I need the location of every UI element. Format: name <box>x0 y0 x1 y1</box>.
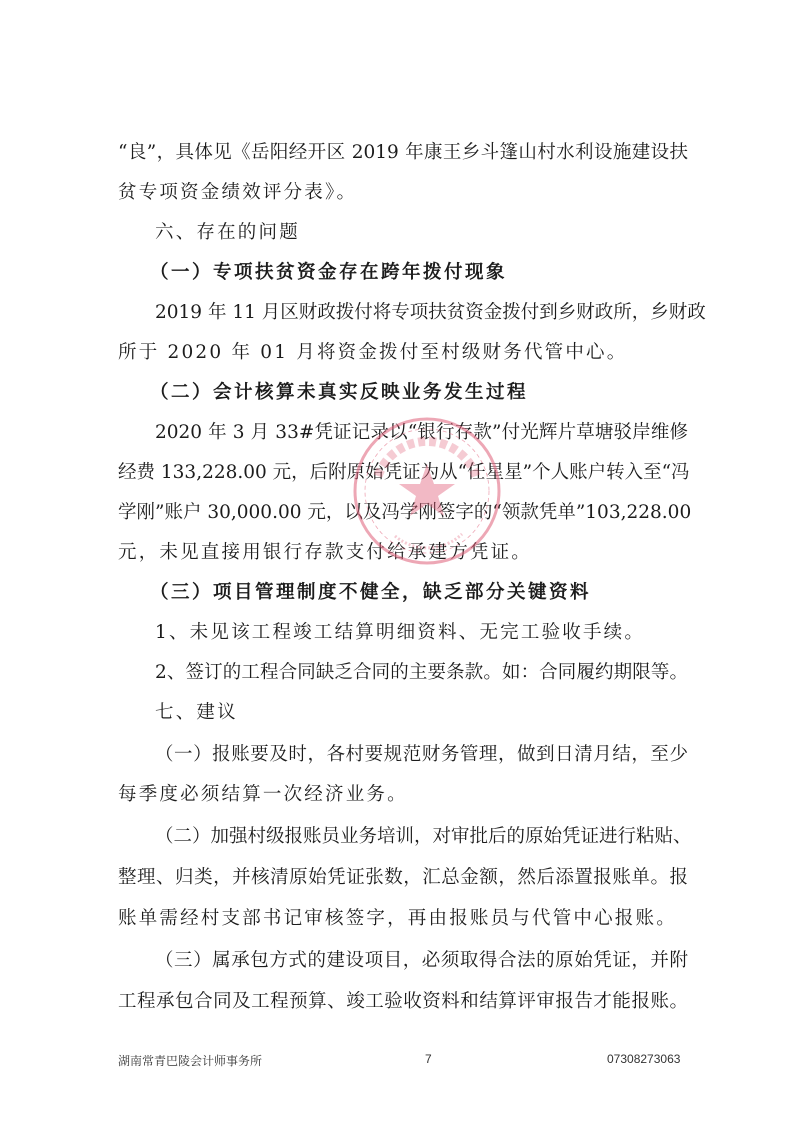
subheading-1: （一）专项扶贫资金存在跨年拨付现象 <box>150 261 720 285</box>
document-page: “良”，具体见《岳阳经开区 2019 年康王乡斗篷山村水利设施建设扶 贫专项资金… <box>0 0 793 1121</box>
footer-page-number: 7 <box>425 1052 432 1066</box>
paragraph-line: 账单需经村支部书记审核签字，再由报账员与代管中心报账。 <box>118 907 688 931</box>
paragraph-line: 所于 2020 年 01 月将资金拨付至村级财务代管中心。 <box>118 341 688 365</box>
paragraph-line: 2020 年 3 月 33#凭证记录以“银行存款”付光辉片草塘驳岸维修 <box>155 421 688 445</box>
footer-phone: 07308273063 <box>607 1052 680 1066</box>
subheading-3: （三）项目管理制度不健全，缺乏部分关键资料 <box>150 581 720 605</box>
paragraph-line: 每季度必须结算一次经济业务。 <box>118 783 688 807</box>
list-item: 2、签订的工程合同缺乏合同的主要条款。如：合同履约期限等。 <box>155 661 688 685</box>
subheading-2: （二）会计核算未真实反映业务发生过程 <box>150 381 720 405</box>
paragraph-line: 学刚”账户 30,000.00 元，以及冯学刚签字的“领款凭单”103,228.… <box>118 501 688 525</box>
paragraph-line: 贫专项资金绩效评分表》。 <box>118 181 688 205</box>
paragraph-line: “良”，具体见《岳阳经开区 2019 年康王乡斗篷山村水利设施建设扶 <box>118 141 688 165</box>
paragraph-line: （二）加强村级报账员业务培训，对审批后的原始凭证进行粘贴、 <box>155 825 688 849</box>
paragraph-line: （三）属承包方式的建设项目，必须取得合法的原始凭证，并附 <box>155 949 688 973</box>
paragraph-line: （一）报账要及时，各村要规范财务管理，做到日清月结，至少 <box>155 743 688 767</box>
paragraph-line: 经费 133,228.00 元，后附原始凭证为从“任星星”个人账户转入至“冯 <box>118 461 688 485</box>
section-heading-problems: 六、存在的问题 <box>155 221 688 245</box>
list-item: 1、未见该工程竣工结算明细资料、无完工验收手续。 <box>155 621 688 645</box>
paragraph-line: 元，未见直接用银行存款支付给承建方凭证。 <box>118 541 688 565</box>
paragraph-line: 2019 年 11 月区财政拨付将专项扶贫资金拨付到乡财政所，乡财政 <box>155 301 688 325</box>
footer-firm-name: 湖南常青巴陵会计师事务所 <box>118 1052 262 1069</box>
section-heading-suggestions: 七、建议 <box>155 701 688 725</box>
paragraph-line: 整理、归类，并核清原始凭证张数，汇总金额，然后添置报账单。报 <box>118 866 688 890</box>
paragraph-line: 工程承包合同及工程预算、竣工验收资料和结算评审报告才能报账。 <box>118 990 688 1014</box>
